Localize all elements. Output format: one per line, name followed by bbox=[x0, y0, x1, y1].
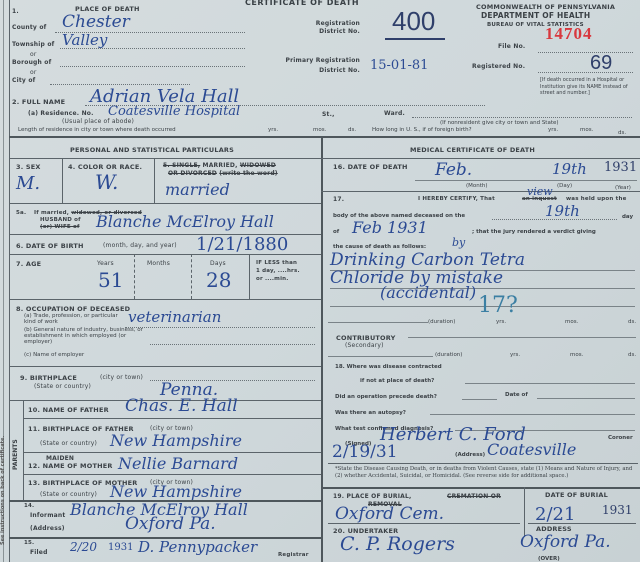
q18-label: 18. Where was disease contracted bbox=[335, 364, 442, 370]
contributory-ds: ds. bbox=[628, 352, 636, 358]
col-line bbox=[191, 254, 192, 299]
undertaker-address-value: Oxford Pa. bbox=[520, 532, 611, 552]
file-no-label: File No. bbox=[498, 43, 525, 50]
date-of-label: Date of bbox=[505, 392, 528, 398]
contributory-label: CONTRIBUTORY bbox=[336, 334, 396, 342]
birthplace-city-sub: (city or town) bbox=[100, 374, 143, 381]
dod-month: Feb. bbox=[435, 160, 472, 180]
occupation-b-line bbox=[150, 344, 315, 345]
filed-year: 1931 bbox=[108, 542, 133, 553]
birthplace-label: 9. BIRTHPLACE bbox=[20, 374, 77, 382]
registered-no-label: Registered No. bbox=[472, 63, 525, 70]
sex-label: 3. SEX bbox=[16, 163, 41, 171]
row-line bbox=[321, 487, 640, 489]
row-line bbox=[328, 463, 638, 464]
row-line bbox=[328, 523, 520, 524]
contributory-duration-line bbox=[328, 356, 433, 357]
burial-date-value: 2/21 bbox=[535, 504, 575, 525]
dob-sub: (month, day, and year) bbox=[103, 242, 177, 249]
contributory-mos: mos. bbox=[570, 352, 583, 358]
less-than-hrs: 1 day, ....hrs. bbox=[256, 268, 300, 274]
mother-birthplace-value: New Hampshire bbox=[110, 482, 242, 501]
cause-line-3: (accidental) bbox=[380, 283, 476, 302]
township-value: Valley bbox=[62, 31, 107, 49]
cause-line-1: Drinking Carbon Tetra bbox=[330, 250, 525, 270]
informant-address-label: (Address) bbox=[30, 525, 65, 532]
marital-write: (write the word) bbox=[219, 170, 278, 177]
verdict-text: ; that the jury rendered a verdict givin… bbox=[472, 229, 596, 235]
of-text: of bbox=[333, 229, 339, 235]
primary-registration-label: Primary Registration District No. bbox=[272, 56, 360, 76]
row-line bbox=[23, 452, 321, 453]
marital-single: 5. SINGLE, bbox=[163, 162, 200, 169]
undertaker-value: C. P. Rogers bbox=[340, 533, 455, 555]
registration-underline bbox=[385, 38, 445, 40]
inquest-day-line bbox=[492, 219, 617, 220]
occupation-a-label: (a) Trade, profession, or particular kin… bbox=[24, 313, 119, 325]
file-no-line bbox=[538, 52, 633, 53]
contributory-duration-label: (duration) bbox=[435, 352, 462, 358]
ward-label: Ward. bbox=[384, 110, 405, 117]
filed-label: Filed bbox=[30, 549, 48, 556]
burial-place-value: Oxford Cem. bbox=[335, 504, 444, 524]
duration-line bbox=[328, 322, 428, 323]
hospital-note: [If death occurred in a Hospital or Inst… bbox=[540, 77, 632, 97]
years-label: Years bbox=[97, 260, 114, 267]
operation-label: Did an operation precede death? bbox=[335, 394, 437, 400]
wife-of-label: (or) WIFE of bbox=[40, 224, 80, 230]
age-days-value: 28 bbox=[206, 268, 231, 292]
length-of-residence-label: Length of residence in city or town wher… bbox=[18, 127, 176, 133]
contributory-yrs: yrs. bbox=[510, 352, 520, 358]
father-birthplace-state-sub: (State or country) bbox=[40, 440, 97, 447]
operation-line bbox=[462, 399, 497, 400]
age-label: 7. AGE bbox=[16, 260, 41, 268]
col-line bbox=[62, 158, 63, 203]
registration-district-value: 400 bbox=[392, 6, 435, 37]
borough-label: Borough of bbox=[12, 59, 51, 66]
section-1-number: 1. bbox=[12, 8, 19, 15]
col-line bbox=[134, 254, 135, 299]
coroner-address-value: Coatesville bbox=[487, 440, 576, 459]
month-sublabel: (Month) bbox=[466, 183, 488, 189]
file-number: 14704 bbox=[545, 24, 593, 44]
certify-number: 17. bbox=[333, 196, 344, 203]
father-value: Chas. E. Hall bbox=[125, 396, 238, 416]
duration-mos: mos. bbox=[565, 319, 578, 325]
duration-label: (duration) bbox=[428, 319, 455, 325]
residence-label: (a) Residence. No. bbox=[28, 110, 94, 117]
filed-number: 15. bbox=[24, 540, 34, 546]
length-ds-label: ds. bbox=[348, 127, 356, 133]
full-name-label: 2. FULL NAME bbox=[12, 98, 65, 106]
date-of-line bbox=[537, 398, 635, 399]
day-text: day bbox=[622, 214, 633, 220]
parents-label: PARENTS bbox=[12, 439, 19, 470]
registrar-signature: D. Pennypacker bbox=[138, 538, 257, 556]
marital-widowed: WIDOWED bbox=[240, 162, 276, 169]
row-line bbox=[9, 158, 321, 159]
less-than-label: IF LESS than bbox=[256, 260, 297, 266]
row-line bbox=[321, 191, 640, 192]
birthplace-state-sub: (State or country) bbox=[34, 383, 91, 390]
personal-heading: PERSONAL AND STATISTICAL PARTICULARS bbox=[70, 146, 234, 154]
spouse-number: 5a. bbox=[16, 210, 26, 216]
city-label: City of bbox=[12, 77, 35, 84]
occupation-value: veterinarian bbox=[128, 308, 221, 326]
county-label: County of bbox=[12, 24, 46, 31]
informant-label: Informant bbox=[30, 512, 65, 519]
marital-married: MARRIED, bbox=[203, 162, 238, 169]
marital-divorced: OR DIVORCED bbox=[168, 170, 217, 177]
coroner-address-label: (Address) bbox=[455, 452, 485, 458]
over-label: (OVER) bbox=[538, 556, 560, 562]
duration-yrs: yrs. bbox=[496, 319, 506, 325]
mother-value: Nellie Barnard bbox=[118, 454, 238, 473]
ward-line bbox=[412, 117, 632, 118]
parents-divider bbox=[23, 400, 24, 500]
occupation-line bbox=[125, 327, 315, 328]
registration-district-label: Registration District No. bbox=[300, 20, 360, 36]
inquest-day: 19th bbox=[545, 202, 580, 220]
left-border bbox=[9, 0, 10, 562]
informant-address-value: Oxford Pa. bbox=[125, 514, 216, 534]
months-label: Months bbox=[147, 260, 170, 267]
medical-heading: MEDICAL CERTIFICATE OF DEATH bbox=[410, 146, 535, 154]
row-line bbox=[9, 299, 321, 300]
certificate-title: CERTIFICATE OF DEATH bbox=[245, 0, 359, 7]
dod-line bbox=[415, 180, 637, 181]
col-line bbox=[249, 254, 250, 299]
burial-date-label: DATE OF BURIAL bbox=[545, 491, 608, 499]
col-line bbox=[154, 158, 155, 203]
death-certificate: 1. PLACE OF DEATH CERTIFICATE OF DEATH C… bbox=[0, 0, 640, 562]
father-label: 10. NAME OF FATHER bbox=[28, 406, 109, 414]
row-line bbox=[23, 418, 321, 419]
less-than-min: or ....min. bbox=[256, 276, 289, 282]
inquest-month: Feb 1931 bbox=[352, 218, 428, 237]
spouse-label-married: If married, bbox=[34, 210, 69, 216]
duration-ds: ds. bbox=[628, 319, 636, 325]
row-line bbox=[9, 203, 321, 204]
cause-line-rule bbox=[330, 288, 635, 289]
cause-by: by bbox=[452, 236, 465, 249]
dob-value: 1/21/1880 bbox=[196, 234, 288, 255]
burial-label: 19. PLACE OF BURIAL, bbox=[333, 493, 412, 500]
township-line bbox=[60, 48, 245, 49]
age-years-value: 51 bbox=[98, 268, 123, 292]
row-line bbox=[9, 254, 321, 255]
marital-value: married bbox=[165, 180, 230, 199]
department-heading: DEPARTMENT OF HEALTH bbox=[481, 11, 590, 20]
maiden-label: MAIDEN bbox=[46, 455, 74, 462]
signed-date: 2/19/31 bbox=[332, 442, 398, 462]
sex-value: M. bbox=[16, 173, 40, 194]
dod-label: 16. DATE OF DEATH bbox=[333, 163, 408, 171]
how-long-in-us-label: How long in U. S., if of foreign birth? bbox=[372, 127, 472, 133]
father-birthplace-value: New Hampshire bbox=[110, 431, 242, 450]
or-label-1: or bbox=[30, 51, 37, 58]
burial-year-value: 1931 bbox=[602, 503, 633, 517]
commonwealth-heading: COMMONWEALTH OF PENNSYLVANIA bbox=[476, 3, 615, 11]
contributory-line bbox=[408, 337, 636, 338]
days-label: Days bbox=[210, 260, 226, 267]
coroner-label: Coroner bbox=[608, 435, 633, 441]
length-yrs-label: yrs. bbox=[268, 127, 278, 133]
or-label-2: or bbox=[30, 69, 37, 76]
husband-of-label: HUSBAND of bbox=[40, 217, 81, 223]
autopsy-label: Was there an autopsy? bbox=[335, 410, 406, 416]
informant-number: 14. bbox=[24, 503, 34, 509]
mother-label: 12. NAME OF MOTHER bbox=[28, 462, 113, 470]
us-yrs-label: yrs. bbox=[548, 127, 558, 133]
main-box-top bbox=[9, 136, 640, 138]
row-line bbox=[321, 158, 640, 159]
nonresident-note: (If nonresident give city or town and St… bbox=[440, 120, 559, 126]
filed-date: 2/20 bbox=[70, 540, 97, 554]
st-label: St., bbox=[322, 111, 335, 118]
q18-line bbox=[465, 383, 635, 384]
dob-label: 6. DATE OF BIRTH bbox=[16, 242, 84, 250]
occupation-label: 8. OCCUPATION OF DECEASED bbox=[16, 305, 130, 313]
dod-day: 19th bbox=[552, 160, 587, 178]
day-sublabel: (Day) bbox=[557, 183, 572, 189]
footnote: *State the Disease Causing Death, or in … bbox=[335, 466, 635, 480]
row-line bbox=[9, 366, 321, 367]
race-value: W. bbox=[95, 170, 118, 194]
row-line bbox=[23, 474, 321, 475]
secondary-label: (Secondary) bbox=[345, 342, 384, 349]
center-divider bbox=[321, 136, 323, 562]
duration-value: 17? bbox=[478, 293, 518, 318]
county-value: Chester bbox=[62, 12, 130, 32]
borough-line bbox=[60, 66, 245, 67]
occupation-c-label: (c) Name of employer bbox=[24, 352, 84, 358]
residence-value: Coatesville Hospital bbox=[108, 104, 240, 119]
burial-date-divider bbox=[524, 487, 525, 537]
registered-no-line bbox=[538, 72, 633, 73]
row-line bbox=[528, 523, 636, 524]
spouse-value: Blanche McElroy Hall bbox=[96, 212, 274, 231]
registrar-label: Registrar bbox=[278, 552, 309, 558]
margin-note: See instructions on back of certificate. bbox=[0, 436, 6, 545]
certify-text: I HEREBY CERTIFY, That bbox=[418, 196, 495, 202]
occupation-b-label: (b) General nature of industry, business… bbox=[24, 327, 144, 345]
cremation-struck: CREMATION OR bbox=[447, 493, 501, 500]
city-line bbox=[50, 84, 190, 85]
length-mos-label: mos. bbox=[313, 127, 326, 133]
dod-year: 1931 bbox=[604, 160, 637, 175]
mother-birthplace-state-sub: (State or country) bbox=[40, 491, 97, 498]
primary-registration-value: 15-01-81 bbox=[370, 58, 428, 73]
q18b-label: if not at place of death? bbox=[360, 378, 434, 384]
autopsy-line bbox=[430, 414, 635, 415]
township-label: Township of bbox=[12, 41, 54, 48]
us-mos-label: mos. bbox=[580, 127, 593, 133]
residence-sub: (Usual place of abode) bbox=[62, 118, 134, 125]
